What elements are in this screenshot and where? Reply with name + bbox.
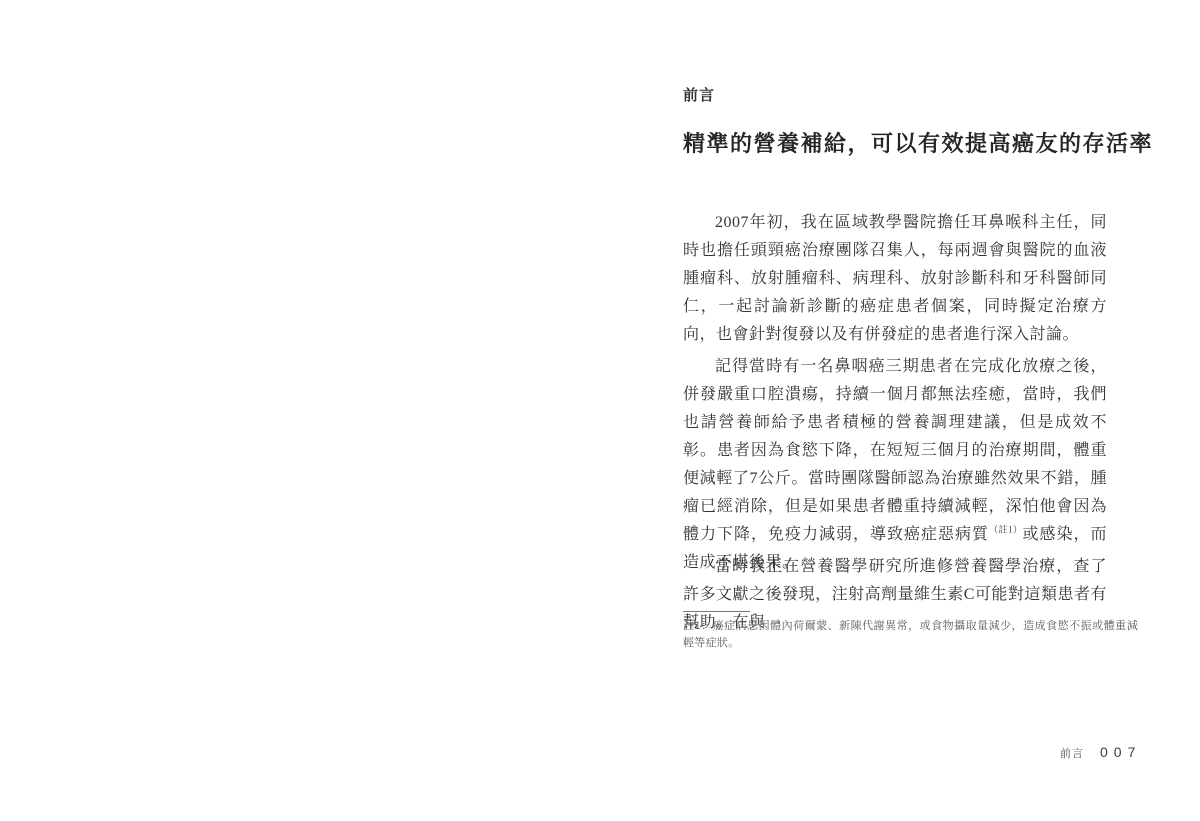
page-title: 精準的營養補給，可以有效提高癌友的存活率 (683, 127, 1153, 158)
footnote-divider (683, 611, 750, 612)
left-page-blank (0, 0, 600, 821)
footnote-text: 註1：癌症病患因體內荷爾蒙、新陳代謝異常，或食物攝取量減少，造成食慾不振或體重減… (683, 618, 1138, 652)
footnote-reference-1: （註1） (989, 525, 1023, 535)
body-paragraph-1: 2007年初，我在區域教學醫院擔任耳鼻喉科主任，同時也擔任頭頸癌治療團隊召集人，… (683, 209, 1107, 349)
book-spread: 前言 精準的營養補給，可以有效提高癌友的存活率 2007年初，我在區域教學醫院擔… (0, 0, 1200, 821)
body-paragraph-2: 記得當時有一名鼻咽癌三期患者在完成化放療之後，併發嚴重口腔潰瘍，持續一個月都無法… (683, 353, 1107, 577)
footer-section-label: 前言 (1060, 745, 1084, 761)
preface-section-label: 前言 (683, 84, 715, 105)
footer-page-number: 007 (1100, 744, 1141, 760)
body-paragraph-2-text: 記得當時有一名鼻咽癌三期患者在完成化放療之後，併發嚴重口腔潰瘍，持續一個月都無法… (683, 358, 1107, 543)
page-footer: 前言 007 (1060, 744, 1141, 761)
